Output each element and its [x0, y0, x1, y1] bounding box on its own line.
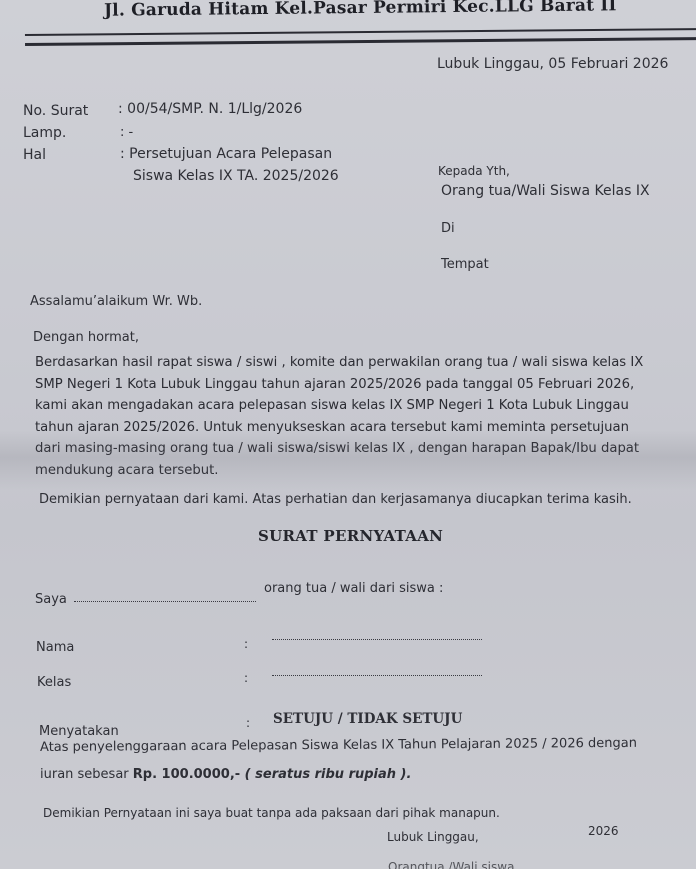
- body-line: Berdasarkan hasil rapat siswa / siswi , …: [35, 352, 675, 374]
- kelas-colon: :: [244, 671, 248, 685]
- agreement-line-1: Atas penyelenggaraan acara Pelepasan Sis…: [40, 736, 637, 755]
- recipient-place: Tempat: [441, 257, 489, 272]
- place-date: Lubuk Linggau, 05 Februari 2026: [437, 56, 668, 72]
- greeting: Assalamu’alaikum Wr. Wb.: [30, 294, 202, 309]
- recipient-di: Di: [441, 221, 455, 236]
- declaration: Demikian Pernyataan ini saya buat tanpa …: [43, 806, 500, 820]
- meta-label-lamp: Lamp.: [23, 125, 66, 141]
- statement-title: SURAT PERNYATAAN: [258, 527, 443, 545]
- nama-input[interactable]: [272, 639, 482, 640]
- kelas-label: Kelas: [37, 675, 71, 690]
- meta-value-lamp: : -: [120, 125, 133, 140]
- closing: Demikian pernyataan dari kami. Atas perh…: [39, 492, 632, 507]
- meta-value-hal: : Persetujuan Acara Pelepasan: [120, 146, 332, 162]
- opening: Dengan hormat,: [33, 330, 139, 345]
- nama-colon: :: [244, 637, 248, 651]
- fee-amount-words: ( seratus ribu rupiah ).: [240, 767, 411, 782]
- sign-place: Lubuk Linggau,: [387, 830, 479, 844]
- meta-label-no-surat: No. Surat: [23, 103, 88, 119]
- meta-value-hal-2: Siswa Kelas IX TA. 2025/2026: [133, 168, 339, 184]
- body-line: SMP Negeri 1 Kota Lubuk Linggau tahun aj…: [35, 374, 675, 396]
- body-line: tahun ajaran 2025/2026. Untuk menyuksesk…: [35, 417, 675, 439]
- agreement-choice[interactable]: SETUJU / TIDAK SETUJU: [273, 711, 462, 727]
- nama-label: Nama: [36, 640, 74, 655]
- body-line: mendukung acara tersebut.: [35, 460, 675, 482]
- body-line: kami akan mengadakan acara pelepasan sis…: [35, 395, 675, 417]
- menyatakan-label: Menyatakan: [39, 724, 119, 739]
- fee-amount: Rp. 100.0000,-: [133, 767, 240, 782]
- saya-label: Saya: [35, 592, 67, 607]
- agreement-line-2: iuran sebesar Rp. 100.0000,- ( seratus r…: [40, 767, 411, 782]
- sign-role: Orangtua /Wali siswa: [388, 860, 514, 869]
- menyatakan-colon: :: [246, 716, 250, 730]
- body-line: dari masing-masing orang tua / wali sisw…: [35, 438, 675, 460]
- meta-label-hal: Hal: [23, 147, 46, 163]
- saya-suffix: orang tua / wali dari siswa :: [264, 581, 443, 596]
- kelas-input[interactable]: [272, 675, 482, 676]
- meta-value-no-surat: : 00/54/SMP. N. 1/Llg/2026: [118, 101, 302, 117]
- saya-input[interactable]: [74, 601, 256, 602]
- body-paragraph: Berdasarkan hasil rapat siswa / siswi , …: [35, 352, 675, 481]
- school-address: Jl. Garuda Hitam Kel.Pasar Permiri Kec.L…: [104, 0, 617, 21]
- sign-year: 2026: [588, 824, 619, 838]
- recipient-salutation: Kepada Yth,: [438, 164, 510, 178]
- header-double-rule: [25, 28, 696, 46]
- recipient-name: Orang tua/Wali Siswa Kelas IX: [441, 183, 650, 199]
- agreement-prefix: iuran sebesar: [40, 767, 133, 782]
